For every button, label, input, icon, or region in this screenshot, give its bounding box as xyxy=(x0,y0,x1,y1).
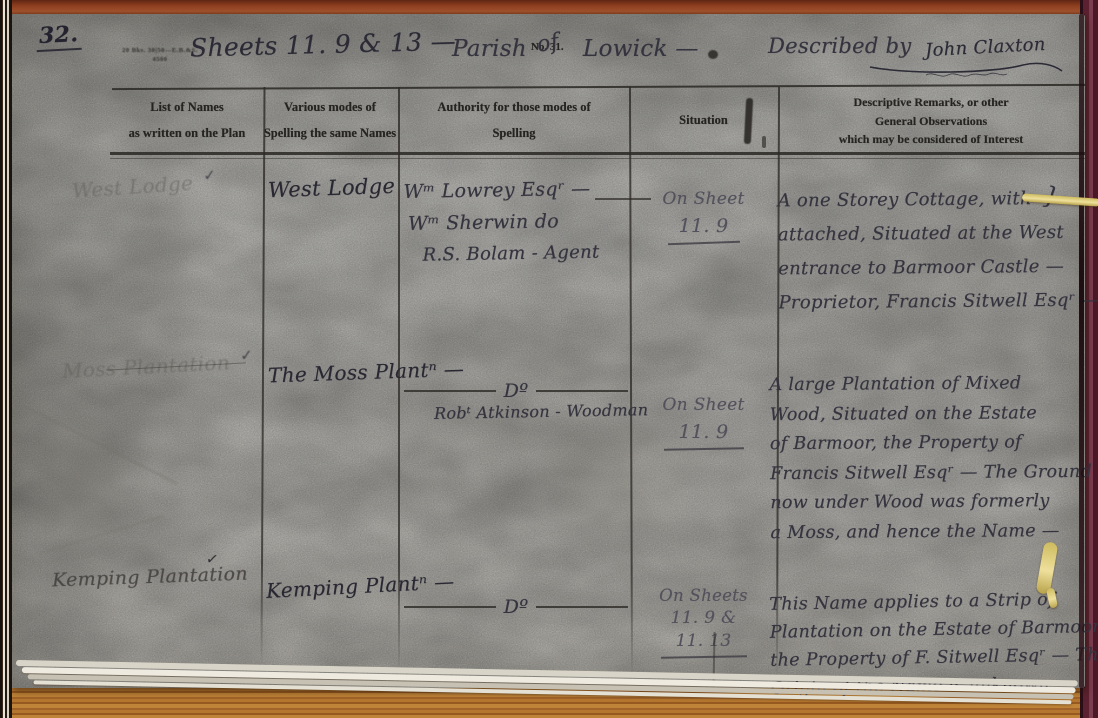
remarks-line: of Barmoor, the Property of xyxy=(770,428,1082,460)
register-page: 32. 20 Bks. 30|50—E.B.&S. 4500 Sheets 11… xyxy=(10,14,1085,688)
ditto-rule-right xyxy=(536,606,628,608)
check-mark: ✓ xyxy=(203,166,217,185)
column-header-situation: Situation xyxy=(630,90,777,152)
page-edge-shadow xyxy=(1079,14,1084,688)
ditto-rule-left xyxy=(404,390,496,392)
plan-name-text: Moss Plantation xyxy=(62,350,231,383)
ditto-rule-left xyxy=(404,606,496,608)
parish-word: Parish xyxy=(452,36,527,62)
row-plan-name: West Lodge ✓ xyxy=(71,169,213,203)
column-divider-1 xyxy=(260,87,265,667)
row-authority-ditto: Dº xyxy=(404,596,628,618)
remarks-line: Francis Sitwell Esqʳ — The Ground xyxy=(770,457,1082,489)
situation-sheet-number: 11. 13 xyxy=(632,630,775,653)
header-line: Various modes of xyxy=(262,95,398,121)
parish-number-group: No. 31. of xyxy=(531,37,573,55)
situation-underline xyxy=(663,447,743,450)
authority-line: Robᵗ Atkinson - Woodman xyxy=(434,400,649,423)
header-line: General Observations xyxy=(777,112,1085,131)
row-situation: On Sheet 11. 9 xyxy=(632,392,775,450)
situation-sheet-number: 11. 9 xyxy=(632,212,775,240)
authority-line: R.S. Bolam - Agent xyxy=(404,236,629,272)
ink-smudge-header xyxy=(708,50,718,59)
row-authority: Wᵐ Lowrey Esqʳ — Wᵐ Sherwin do R.S. Bola… xyxy=(403,172,629,272)
column-header-remarks: Descriptive Remarks, or other General Ob… xyxy=(777,90,1085,152)
situation-line: On Sheet xyxy=(632,392,775,418)
remarks-line: entrance to Barmoor Castle — xyxy=(778,250,1084,287)
column-header-authority: Authority for those modes of Spelling xyxy=(398,90,630,152)
situation-line: On Sheets xyxy=(632,584,775,607)
remarks-line: a Moss, and hence the Name — xyxy=(770,516,1082,548)
parish-name: Lowick — xyxy=(583,36,699,62)
column-header-names: List of Names as written on the Plan xyxy=(112,90,262,152)
described-by-group: Described by John Claxton xyxy=(768,34,1046,58)
crease-line-1 xyxy=(25,406,177,485)
sheets-annotation: Sheets 11. 9 & 13 — xyxy=(190,27,457,63)
header-line: Spelling the same Names xyxy=(262,121,398,147)
header-line: Descriptive Remarks, or other xyxy=(777,93,1085,112)
plan-name-text: West Lodge xyxy=(71,170,194,202)
header-line: as written on the Plan xyxy=(112,121,262,147)
row-plan-name: Moss Plantation ✓ xyxy=(62,349,250,383)
ditto-mark: Dº xyxy=(504,596,529,618)
header-line: Spelling xyxy=(398,121,630,147)
header-line: Situation xyxy=(630,108,777,134)
parish-title: Parish No. 31. of Lowick — xyxy=(452,36,699,62)
header-line: which may be considered of Interest xyxy=(777,130,1085,149)
situation-underline xyxy=(667,241,739,245)
row-situation: On Sheet 11. 9 xyxy=(632,186,775,244)
situation-underline xyxy=(660,655,746,658)
column-header-spelling-modes: Various modes of Spelling the same Names xyxy=(262,90,398,152)
crease-line-2 xyxy=(39,515,164,555)
ink-dot-header xyxy=(762,136,766,148)
of-word: of xyxy=(535,29,561,57)
remarks-line: Proprietor, Francis Sitwell Esqʳ — xyxy=(778,284,1084,321)
remarks-line: now under Wood was formerly xyxy=(770,487,1082,519)
book-scan-scene: 32. 20 Bks. 30|50—E.B.&S. 4500 Sheets 11… xyxy=(0,0,1098,718)
authority-line: Wᵐ Lowrey Esqʳ — xyxy=(403,172,628,208)
page-number: 32. xyxy=(35,21,82,52)
row-plan-name: Kemping Plantation xyxy=(52,563,248,592)
ditto-mark: Dº xyxy=(504,380,529,402)
remarks-line: Wood, Situated on the Estate xyxy=(770,398,1082,430)
header-bottom-rule-heavy xyxy=(110,152,1085,155)
described-by-label: Described by xyxy=(768,34,911,58)
book-edge-left xyxy=(0,0,12,718)
header-line: Authority for those modes of xyxy=(398,95,630,121)
book-edge-top xyxy=(0,0,1098,15)
remarks-text: A one Storey Cottage, with xyxy=(777,188,1031,211)
situation-sheet-number: 11. 9 & xyxy=(632,607,775,630)
row-spelling: West Lodge xyxy=(268,174,396,202)
signature-flourish xyxy=(868,58,1068,82)
row-situation: On Sheets 11. 9 & 11. 13 xyxy=(632,584,775,658)
remarks-line: A large Plantation of Mixed xyxy=(769,369,1081,401)
situation-sheet-number: 11. 9 xyxy=(632,418,775,446)
authority-line: Wᵐ Sherwin do xyxy=(404,204,629,240)
situation-line: On Sheet xyxy=(632,186,775,212)
row-authority-ditto: Dº xyxy=(404,380,628,402)
ditto-rule-right xyxy=(536,390,628,392)
header-bottom-rule-thin xyxy=(110,158,1085,159)
header-line: List of Names xyxy=(112,95,262,121)
row-remarks: A large Plantation of Mixed Wood, Situat… xyxy=(769,369,1082,548)
remarks-line: attached, Situated at the West xyxy=(778,216,1084,253)
